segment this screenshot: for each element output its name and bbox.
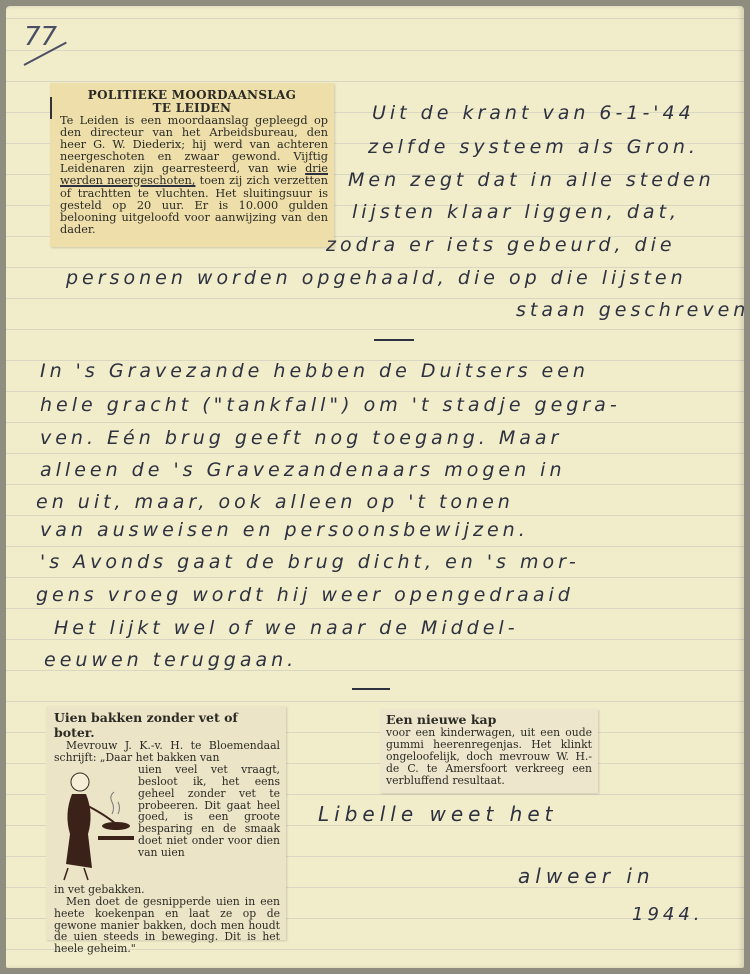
clipping-continuation: in vet gebakken. (54, 884, 280, 896)
section-divider (352, 688, 390, 690)
clipping-title: Een nieuwe kap (386, 713, 592, 727)
handwriting-line: Het lijkt wel of we naar de Middel- (54, 617, 519, 639)
handwriting-line: eeuwen teruggaan. (44, 649, 297, 671)
handwriting-line: In 's Gravezande hebben de Duitsers een (40, 360, 589, 382)
woman-cooking-illustration (54, 764, 138, 884)
handwriting-line: gens vroeg wordt hij weer opengedraaid (36, 584, 574, 606)
clipping-margin-mark (50, 97, 52, 119)
handwriting-line: zodra er iets gebeurd, die (326, 234, 676, 256)
section-divider (374, 339, 414, 341)
handwriting-line: staan geschreven. (516, 299, 750, 321)
handwriting-line: ven. Eén brug geeft nog toegang. Maar (40, 427, 562, 449)
handwriting-line: 1944. (632, 904, 704, 925)
handwriting-line: Men zegt dat in alle steden (348, 169, 715, 191)
handwriting-line: 's Avonds gaat de brug dicht, en 's mor- (40, 551, 580, 573)
handwriting-line: lijsten klaar liggen, dat, (352, 201, 680, 223)
handwriting-line: hele gracht ("tankfall") om 't stadje ge… (40, 394, 621, 416)
handwriting-line: en uit, maar, ook alleen op 't tonen (36, 491, 514, 513)
newspaper-clipping-moordaanslag: POLITIEKE MOORDAANSLAG TE LEIDEN Te Leid… (50, 83, 334, 247)
notebook-page: 77 POLITIEKE MOORDAANSLAG TE LEIDEN Te L… (6, 6, 744, 968)
clipping-intro: Mevrouw J. K.-v. H. te Bloemendaal schri… (54, 740, 280, 764)
clipping-title: Uien bakken zonder vet of boter. (54, 710, 280, 740)
handwriting-line: personen worden opgehaald, die op die li… (66, 267, 687, 289)
handwriting-line: zelfde systeem als Gron. (368, 136, 699, 158)
handwriting-line: alleen de 's Gravezandenaars mogen in (40, 459, 566, 481)
handwriting-line: Uit de krant van 6-1-'44 (372, 102, 695, 124)
clipping-text-before: Te Leiden is een moordaanslag gepleegd o… (60, 114, 328, 175)
handwriting-line: alweer in (518, 864, 655, 888)
clipping-wrapped-text: uien veel vet vraagt, besloot ik, het ee… (138, 764, 280, 884)
handwriting-line: van ausweisen en persoonsbewijzen. (40, 519, 529, 541)
handwriting-line: Libelle weet het (318, 802, 557, 826)
clipping-body: Te Leiden is een moordaanslag gepleegd o… (50, 115, 334, 236)
newspaper-clipping-uien: Uien bakken zonder vet of boter. Mevrouw… (46, 706, 286, 940)
newspaper-clipping-kap: Een nieuwe kap voor een kinderwagen, uit… (380, 709, 598, 793)
clipping-paragraph2: Men doet de gesnipperde uien in een heet… (54, 896, 280, 956)
clipping-body: voor een kinderwagen, uit een oude gummi… (386, 727, 592, 787)
